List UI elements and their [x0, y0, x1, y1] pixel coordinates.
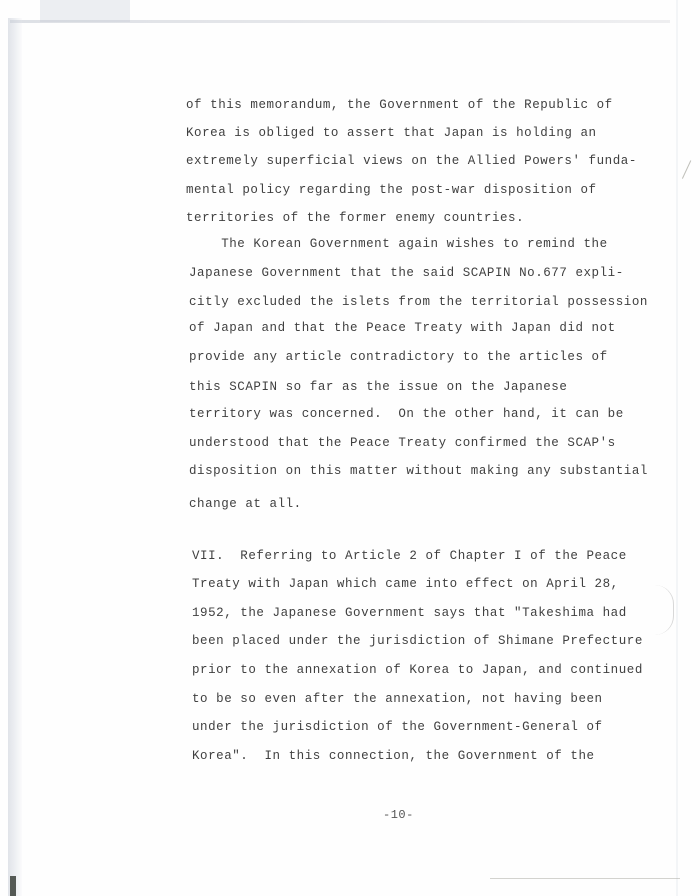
pencil-arc-mark [655, 585, 674, 635]
text-line: of this memorandum, the Government of th… [186, 98, 613, 112]
text-line: extremely superficial views on the Allie… [186, 154, 637, 168]
text-line: The Korean Government again wishes to re… [189, 237, 608, 251]
text-line: change at all. [189, 497, 302, 511]
text-line: understood that the Peace Treaty confirm… [189, 436, 616, 450]
text-line: been placed under the jurisdiction of Sh… [192, 634, 643, 648]
text-line: territories of the former enemy countrie… [186, 211, 524, 225]
scan-edge-shadow [10, 876, 16, 896]
text-line: mental policy regarding the post-war dis… [186, 183, 597, 197]
scan-smudge [40, 0, 130, 22]
text-line: of Japan and that the Peace Treaty with … [189, 321, 616, 335]
text-line: provide any article contradictory to the… [189, 350, 608, 364]
scan-edge-left [8, 18, 22, 896]
pencil-mark [682, 160, 693, 179]
text-line: Treaty with Japan which came into effect… [192, 577, 619, 591]
scanned-page: of this memorandum, the Government of th… [0, 0, 700, 896]
text-line: 1952, the Japanese Government says that … [192, 606, 627, 620]
text-line: VII. Referring to Article 2 of Chapter I… [192, 549, 627, 563]
text-line: to be so even after the annexation, not … [192, 692, 603, 706]
scan-edge-bottom [490, 878, 680, 879]
text-line: Korea". In this connection, the Governme… [192, 749, 595, 763]
text-line: prior to the annexation of Korea to Japa… [192, 663, 643, 677]
scan-edge-right [676, 0, 678, 896]
text-line: Japanese Government that the said SCAPIN… [189, 266, 624, 280]
page-number: -10- [383, 808, 414, 822]
text-line: under the jurisdiction of the Government… [192, 720, 603, 734]
text-line: this SCAPIN so far as the issue on the J… [189, 380, 567, 394]
text-line: citly excluded the islets from the terri… [189, 295, 648, 309]
text-line: territory was concerned. On the other ha… [189, 407, 624, 421]
text-line: Korea is obliged to assert that Japan is… [186, 126, 597, 140]
paragraph-section-vii: VII. Referring to Article 2 of Chapter I… [192, 0, 224, 140]
text-line: disposition on this matter without makin… [189, 464, 648, 478]
scan-edge-top [10, 20, 670, 23]
